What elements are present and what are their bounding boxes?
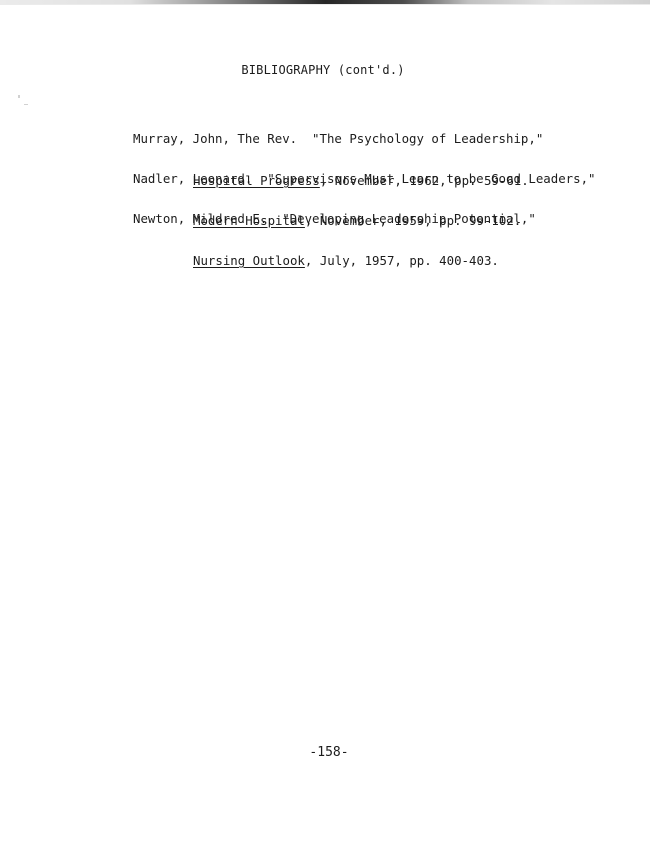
page-number: -158- bbox=[4, 745, 650, 760]
scan-speck bbox=[18, 95, 20, 98]
page-title: BIBLIOGRAPHY (cont'd.) bbox=[0, 63, 648, 77]
bibliography-entry-newton: Newton, Mildred E. "Developing Leadershi… bbox=[133, 184, 536, 282]
entry-details: , July, 1957, pp. 400-403. bbox=[305, 253, 499, 268]
entry-second-line: Nursing Outlook, July, 1957, pp. 400-403… bbox=[133, 254, 536, 268]
entry-publication: Nursing Outlook bbox=[193, 253, 305, 268]
entry-author: Newton, Mildred E. bbox=[133, 211, 267, 226]
entry-article-title: "Developing Leadership Potential," bbox=[282, 211, 536, 226]
scan-speck bbox=[24, 104, 28, 105]
entry-first-line: Newton, Mildred E. "Developing Leadershi… bbox=[133, 212, 536, 226]
scan-top-edge-shadow bbox=[0, 4, 650, 5]
